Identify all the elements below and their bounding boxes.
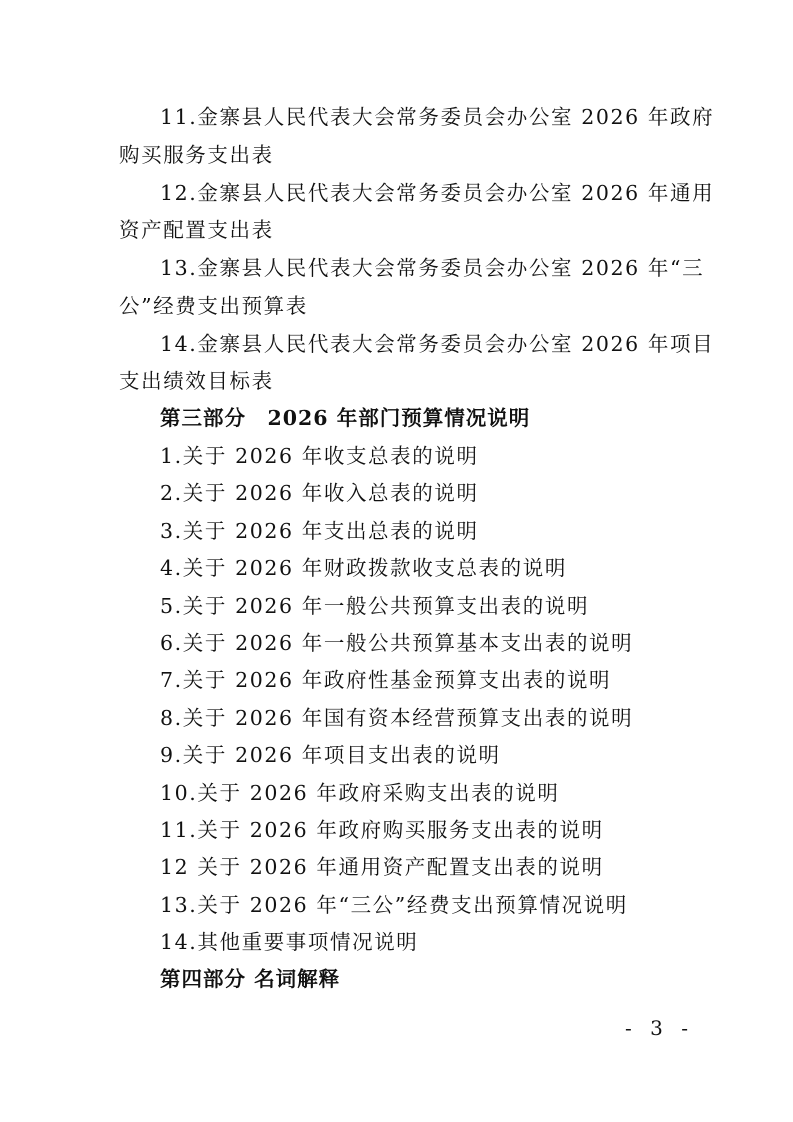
part3-item-10: 10.关于 2026 年政府采购支出表的说明 xyxy=(160,779,560,807)
part3-item-9: 9.关于 2026 年项目支出表的说明 xyxy=(160,741,501,769)
toc-item-12-line1: 12.金寨县人民代表大会常务委员会办公室 2026 年通用 xyxy=(160,179,714,207)
part3-item-13: 13.关于 2026 年“三公”经费支出预算情况说明 xyxy=(160,891,628,919)
page-number: - 3 - xyxy=(625,1016,694,1040)
document-page: 11.金寨县人民代表大会常务委员会办公室 2026 年政府 购买服务支出表 12… xyxy=(0,0,793,1122)
toc-item-11-line2: 购买服务支出表 xyxy=(119,141,274,169)
toc-item-13-line1: 13.金寨县人民代表大会常务委员会办公室 2026 年“三 xyxy=(160,254,704,282)
part3-item-12: 12 关于 2026 年通用资产配置支出表的说明 xyxy=(160,853,604,881)
part3-item-2: 2.关于 2026 年收入总表的说明 xyxy=(160,479,479,507)
toc-item-13-line2: 公”经费支出预算表 xyxy=(119,292,308,320)
part3-item-6: 6.关于 2026 年一般公共预算基本支出表的说明 xyxy=(160,629,633,657)
part3-item-11: 11.关于 2026 年政府购买服务支出表的说明 xyxy=(160,816,604,844)
part3-item-14: 14.其他重要事项情况说明 xyxy=(160,928,418,956)
toc-item-12-line2: 资产配置支出表 xyxy=(119,216,274,244)
part3-item-1: 1.关于 2026 年收支总表的说明 xyxy=(160,442,479,470)
toc-item-14-line1: 14.金寨县人民代表大会常务委员会办公室 2026 年项目 xyxy=(160,330,714,358)
part3-item-8: 8.关于 2026 年国有资本经营预算支出表的说明 xyxy=(160,704,633,732)
part3-item-5: 5.关于 2026 年一般公共预算支出表的说明 xyxy=(160,592,589,620)
part3-heading: 第三部分 2026 年部门预算情况说明 xyxy=(160,404,530,432)
part3-item-3: 3.关于 2026 年支出总表的说明 xyxy=(160,517,479,545)
toc-item-11-line1: 11.金寨县人民代表大会常务委员会办公室 2026 年政府 xyxy=(160,103,714,131)
toc-item-14-line2: 支出绩效目标表 xyxy=(119,367,274,395)
part4-heading: 第四部分 名词解释 xyxy=(160,965,340,993)
part3-item-7: 7.关于 2026 年政府性基金预算支出表的说明 xyxy=(160,666,611,694)
part3-item-4: 4.关于 2026 年财政拨款收支总表的说明 xyxy=(160,554,567,582)
